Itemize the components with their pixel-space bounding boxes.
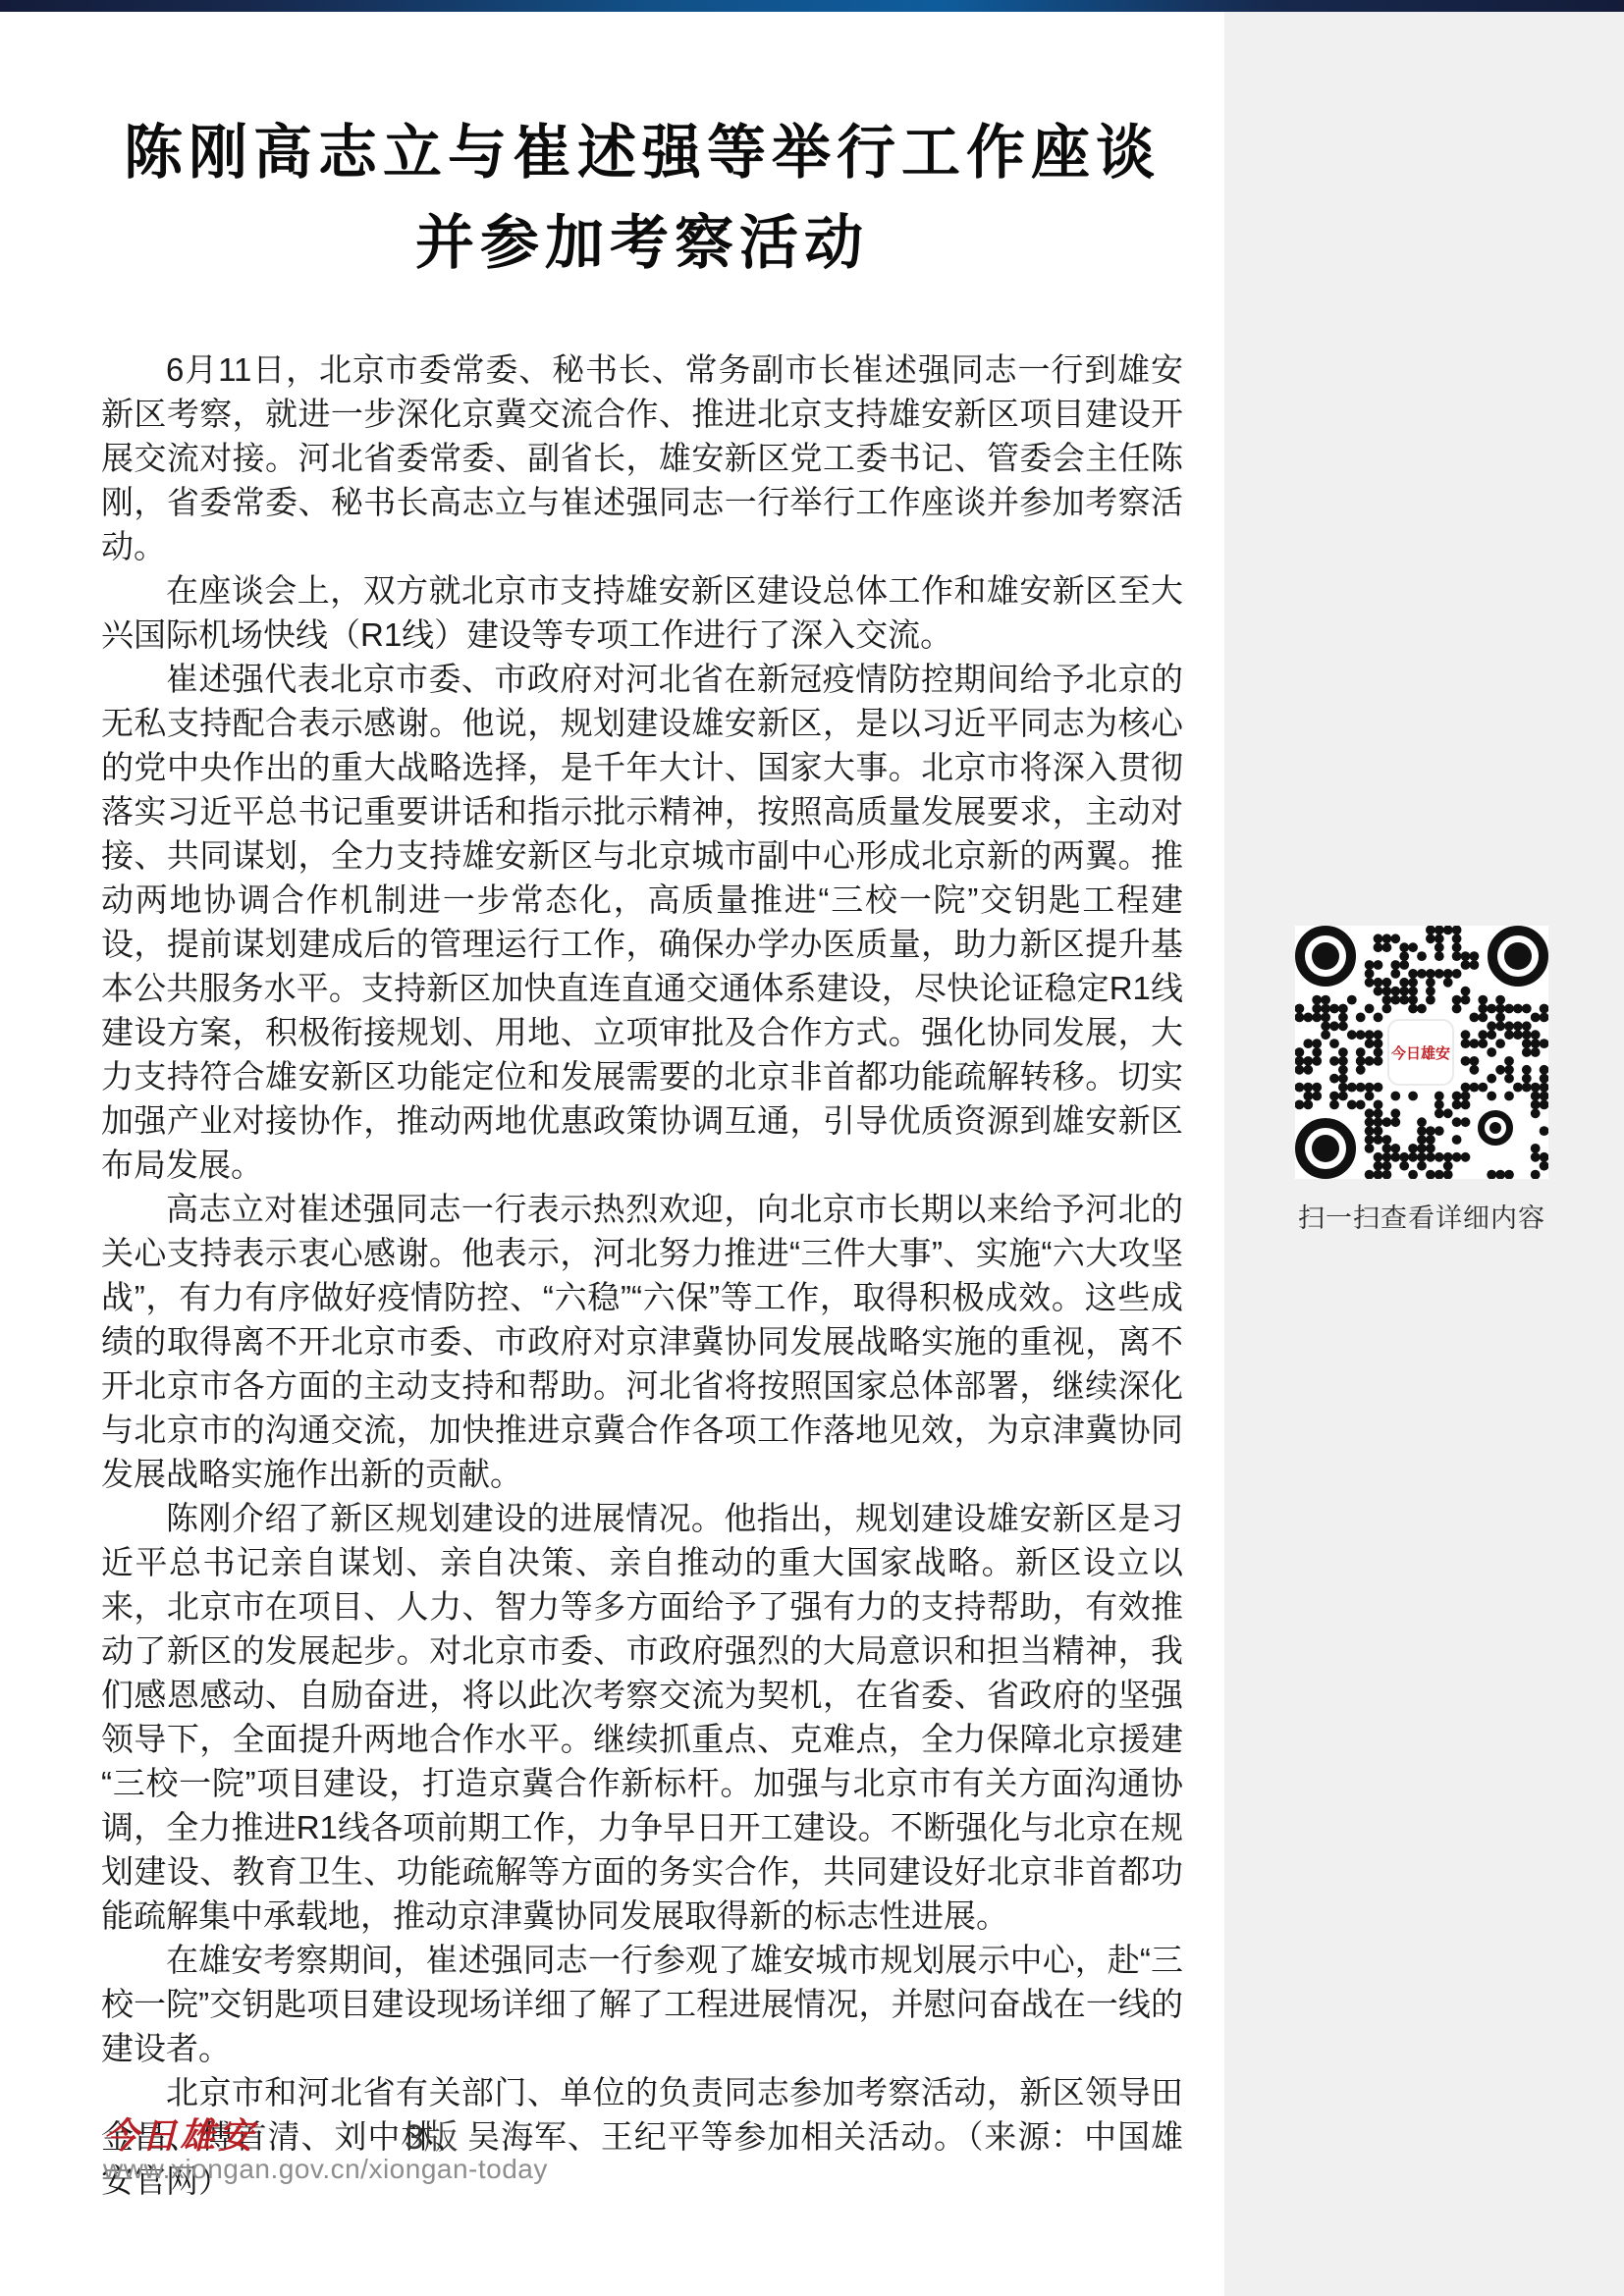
qr-finder-top-right-icon [1488, 926, 1548, 987]
footer-brand-logo: 今日雄安 [103, 2109, 256, 2159]
article-title-line2: 并参加考察活动 [101, 198, 1183, 289]
article-paragraph: 陈刚介绍了新区规划建设的进展情况。他指出，规划建设雄安新区是习近平总书记亲自谋划… [101, 1496, 1183, 1938]
page-number-label: 3版 [405, 2110, 458, 2160]
qr-alignment-icon [1478, 1110, 1513, 1146]
article-title: 陈刚高志立与崔述强等举行工作座谈 并参加考察活动 [101, 108, 1183, 289]
right-gray-panel: 今日雄安 扫一扫查看详细内容 [1224, 12, 1624, 2296]
qr-center-logo-text: 今日雄安 [1391, 1042, 1450, 1063]
article-body: 6月11日，北京市委常委、秘书长、常务副市长崔述强同志一行到雄安新区考察，就进一… [101, 347, 1183, 2203]
qr-finder-top-left-icon [1295, 926, 1356, 987]
qr-caption: 扫一扫查看详细内容 [1295, 1197, 1548, 1235]
page-footer: 今日雄安 3版 www.xiongan.gov.cn/xiongan-today [101, 2109, 1183, 2197]
article-paragraph: 高志立对崔述强同志一行表示热烈欢迎，向北京市长期以来给予河北的关心支持表示衷心感… [101, 1187, 1183, 1496]
site-url: www.xiongan.gov.cn/xiongan-today [103, 2154, 548, 2185]
article-paragraph: 在雄安考察期间，崔述强同志一行参观了雄安城市规划展示中心，赴“三校一院”交钥匙项… [101, 1938, 1183, 2070]
article-paragraph: 在座谈会上，双方就北京市支持雄安新区建设总体工作和雄安新区至大兴国际机场快线（R… [101, 568, 1183, 657]
article-title-line1: 陈刚高志立与崔述强等举行工作座谈 [101, 108, 1183, 198]
qr-center-logo: 今日雄安 [1387, 1019, 1454, 1086]
qr-finder-bottom-left-icon [1295, 1118, 1356, 1179]
article-paragraph: 6月11日，北京市委常委、秘书长、常务副市长崔述强同志一行到雄安新区考察，就进一… [101, 347, 1183, 568]
article-paragraph: 崔述强代表北京市委、市政府对河北省在新冠疫情防控期间给予北京的无私支持配合表示感… [101, 657, 1183, 1187]
qr-widget: 今日雄安 扫一扫查看详细内容 [1295, 926, 1548, 1235]
newspaper-page: 今日雄安 扫一扫查看详细内容 陈刚高志立与崔述强等举行工作座谈 并参加考察活动 … [0, 0, 1624, 2296]
article-column: 陈刚高志立与崔述强等举行工作座谈 并参加考察活动 6月11日，北京市委常委、秘书… [101, 0, 1183, 2203]
qr-code: 今日雄安 [1295, 926, 1548, 1179]
